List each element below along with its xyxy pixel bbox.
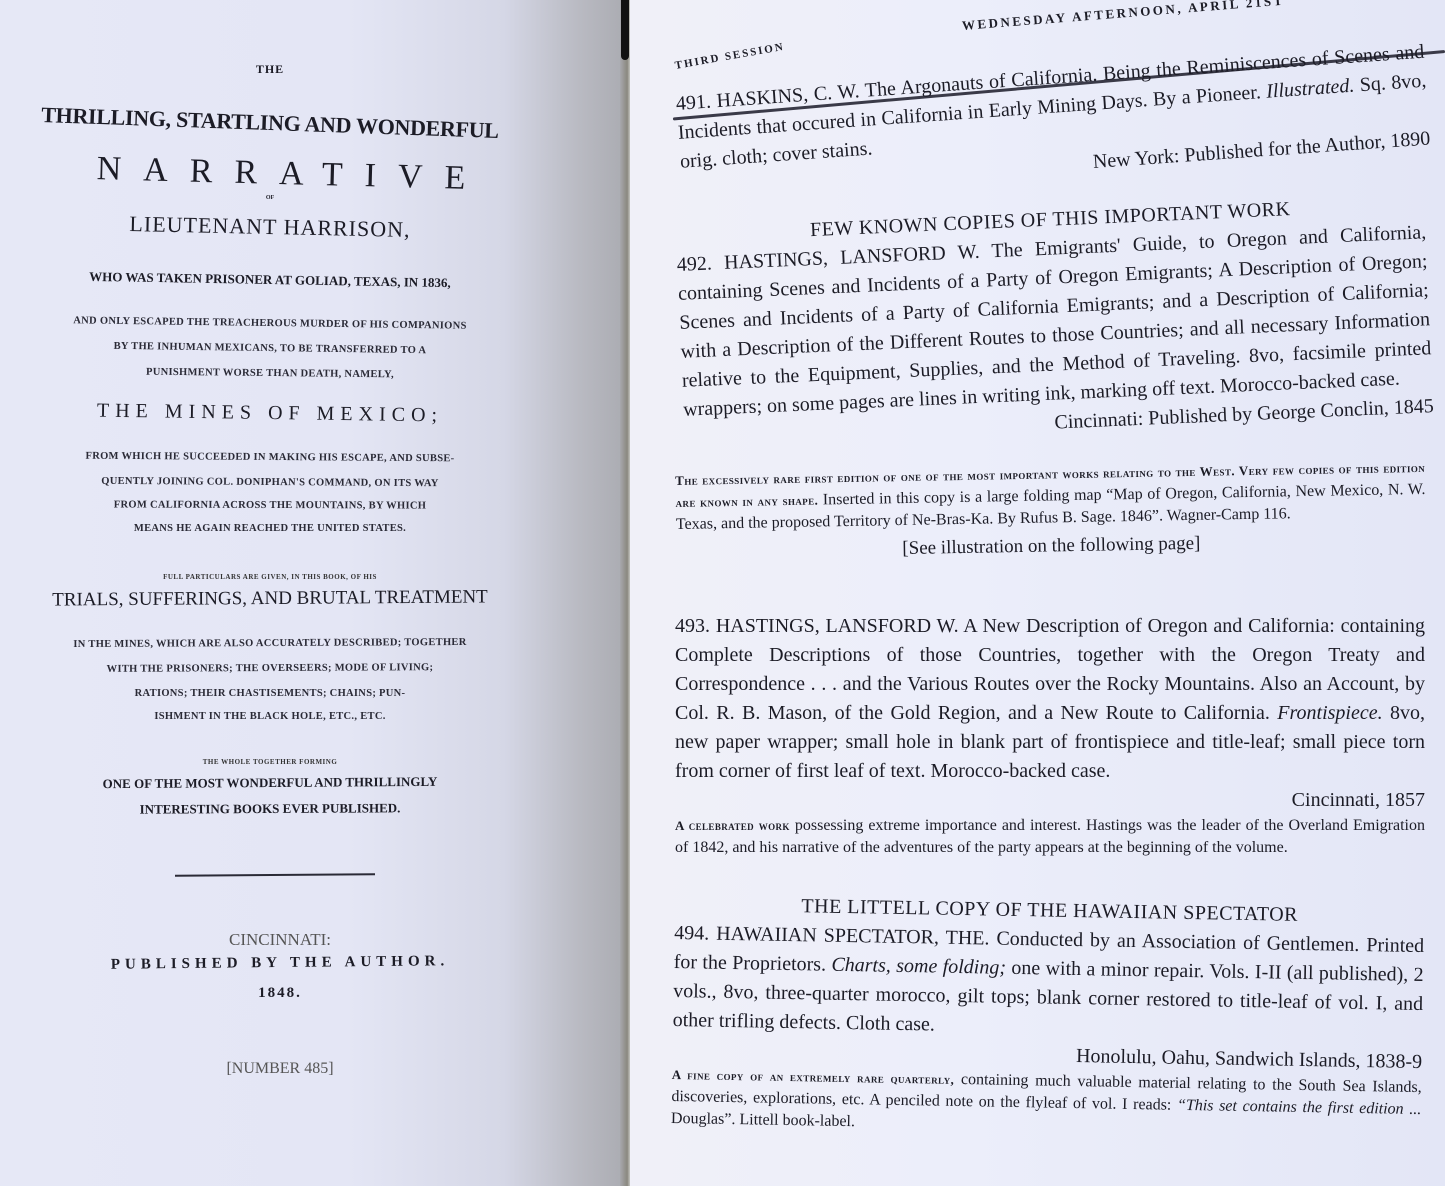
session-label: THIRD SESSION [674, 41, 786, 72]
imprint-city: CINCINNATI: [10, 930, 550, 950]
gutter-shadow [621, 0, 629, 60]
from-line: FROM WHICH HE SUCCEEDED IN MAKING HIS ES… [0, 450, 540, 465]
from-line: FROM CALIFORNIA ACROSS THE MOUNTAINS, BY… [0, 499, 540, 512]
conclusion-line: ONE OF THE MOST WONDERFUL AND THRILLINGL… [0, 773, 540, 793]
from-line: QUENTLY JOINING COL. DONIPHAN'S COMMAND,… [0, 475, 540, 490]
lot-492-text: 492. HASTINGS, LANSFORD W. The Emigrants… [676, 218, 1433, 425]
lot-493-note-caps: A celebrated work [675, 818, 790, 833]
lot-494-italic: Charts, some folding; [831, 954, 1006, 979]
imprint-year: 1848. [10, 985, 550, 1002]
illustration-reference: [See illustration on the following page] [676, 529, 1426, 564]
escape-line: PUNISHMENT WORSE THAN DEATH, NAMELY, [0, 365, 540, 382]
title-who-line: WHO WAS TAKEN PRISONER AT GOLIAD, TEXAS,… [0, 267, 540, 292]
mines-detail-line: WITH THE PRISONERS; THE OVERSEERS; MODE … [0, 662, 540, 676]
escape-line: AND ONLY ESCAPED THE TREACHEROUS MURDER … [0, 314, 540, 333]
title-mines: THE MINES OF MEXICO; [0, 398, 540, 429]
title-divider-rule [175, 873, 375, 876]
mines-detail-line: IN THE MINES, WHICH ARE ALSO ACCURATELY … [0, 637, 540, 651]
lot-493-italic: Frontispiece. [1277, 702, 1382, 724]
title-subject: LIEUTENANT HARRISON, [0, 208, 540, 245]
lot-491: 491. HASKINS, C. W. The Argonauts of Cal… [675, 38, 1431, 206]
lot-494: THE LITTELL COPY OF THE HAWAIIAN SPECTAT… [671, 890, 1425, 1143]
lot-493: 493. HASTINGS, LANSFORD W. A New Descrip… [675, 612, 1425, 859]
lot-492-note: The excessively rare first edition of on… [675, 457, 1427, 564]
title-narrative: NARRATIVE [0, 148, 562, 201]
title-of: OF [0, 195, 540, 201]
lot-492: FEW KNOWN COPIES OF THIS IMPORTANT WORK … [675, 189, 1434, 453]
title-the: THE [0, 62, 540, 77]
imprint-publisher: PUBLISHED BY THE AUTHOR. [10, 952, 550, 975]
lot-494-note-italic: “This set contains the first edition ... [1177, 1097, 1422, 1118]
running-head: WEDNESDAY AFTERNOON, APRIL 21ST [961, 0, 1285, 34]
lot-494-note-end: Douglas”. Littell book-label. [671, 1110, 855, 1130]
conclusion-line: INTERESTING BOOKS EVER PUBLISHED. [0, 800, 540, 819]
lot-493-imprint: Cincinnati, 1857 [675, 786, 1425, 815]
whole-line: THE WHOLE TOGETHER FORMING [0, 758, 540, 766]
left-page-title-page: THE THRILLING, STARTLING AND WONDERFUL N… [0, 0, 630, 1186]
from-line: MEANS HE AGAIN REACHED THE UNITED STATES… [0, 523, 540, 534]
mines-detail-line: ISHMENT IN THE BLACK HOLE, ETC., ETC. [0, 711, 540, 722]
lot-494-note-caps: A fine copy of an extremely rare quarter… [672, 1067, 955, 1087]
title-trials: TRIALS, SUFFERINGS, AND BRUTAL TREATMENT [0, 586, 540, 612]
mines-detail-line: RATIONS; THEIR CHASTISEMENTS; CHAINS; PU… [0, 688, 540, 699]
escape-line: BY THE INHUMAN MEXICANS, TO BE TRANSFERR… [0, 339, 540, 358]
right-page-catalog: WEDNESDAY AFTERNOON, APRIL 21ST THIRD SE… [630, 0, 1445, 1186]
catalog-number: [NUMBER 485] [10, 1060, 550, 1078]
particulars-line: FULL PARTICULARS ARE GIVEN, IN THIS BOOK… [0, 573, 540, 581]
lot-491-italic: Illustrated. [1265, 75, 1355, 103]
title-line-1: THRILLING, STARTLING AND WONDERFUL [0, 101, 540, 146]
